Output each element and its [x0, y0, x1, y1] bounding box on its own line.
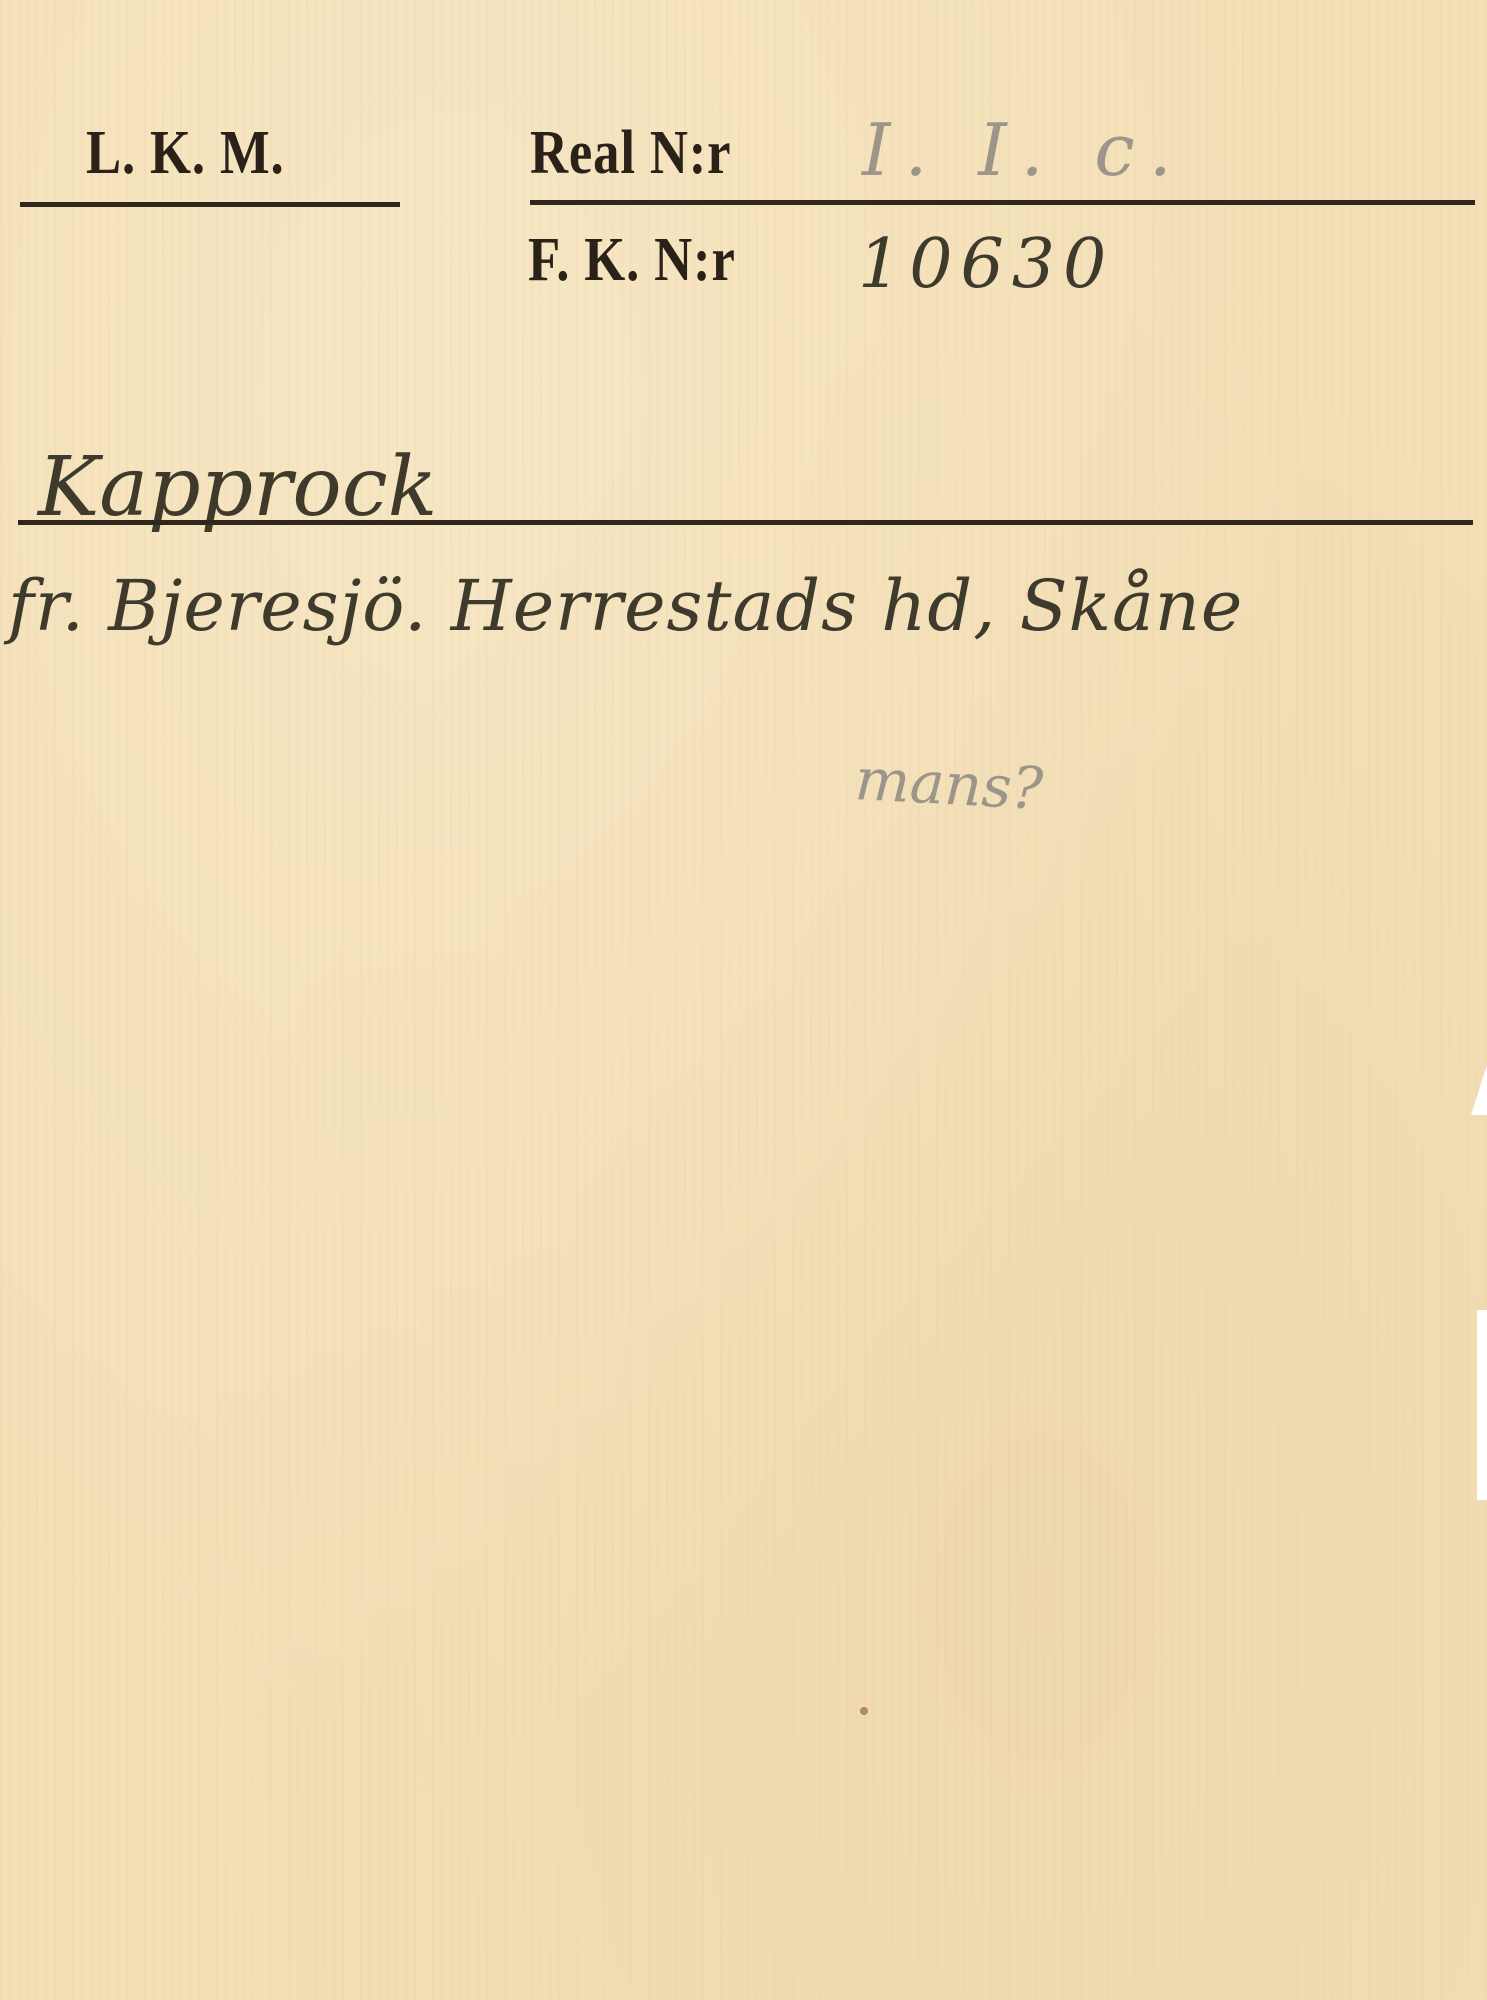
fk-nr-value: 10630: [858, 225, 1114, 304]
object-name-rule: [18, 520, 1473, 525]
paper-spot: [860, 1707, 868, 1715]
torn-edge: [1477, 1310, 1487, 1500]
institution-label: L. K. M.: [86, 118, 285, 189]
torn-edge: [1471, 1065, 1487, 1115]
fk-nr-label: F. K. N:r: [528, 225, 736, 296]
header-rule-right: [530, 200, 1475, 205]
header-rule-left: [20, 202, 400, 207]
provenance-text: fr. Bjeresjö. Herrestads hd, Skåne: [8, 565, 1243, 647]
pencil-note: mans?: [853, 745, 1044, 823]
real-nr-label: Real N:r: [530, 118, 731, 189]
real-nr-value: I. I. c.: [862, 108, 1186, 192]
archive-index-card: L. K. M. Real N:r I. I. c. F. K. N:r 106…: [0, 0, 1487, 2000]
